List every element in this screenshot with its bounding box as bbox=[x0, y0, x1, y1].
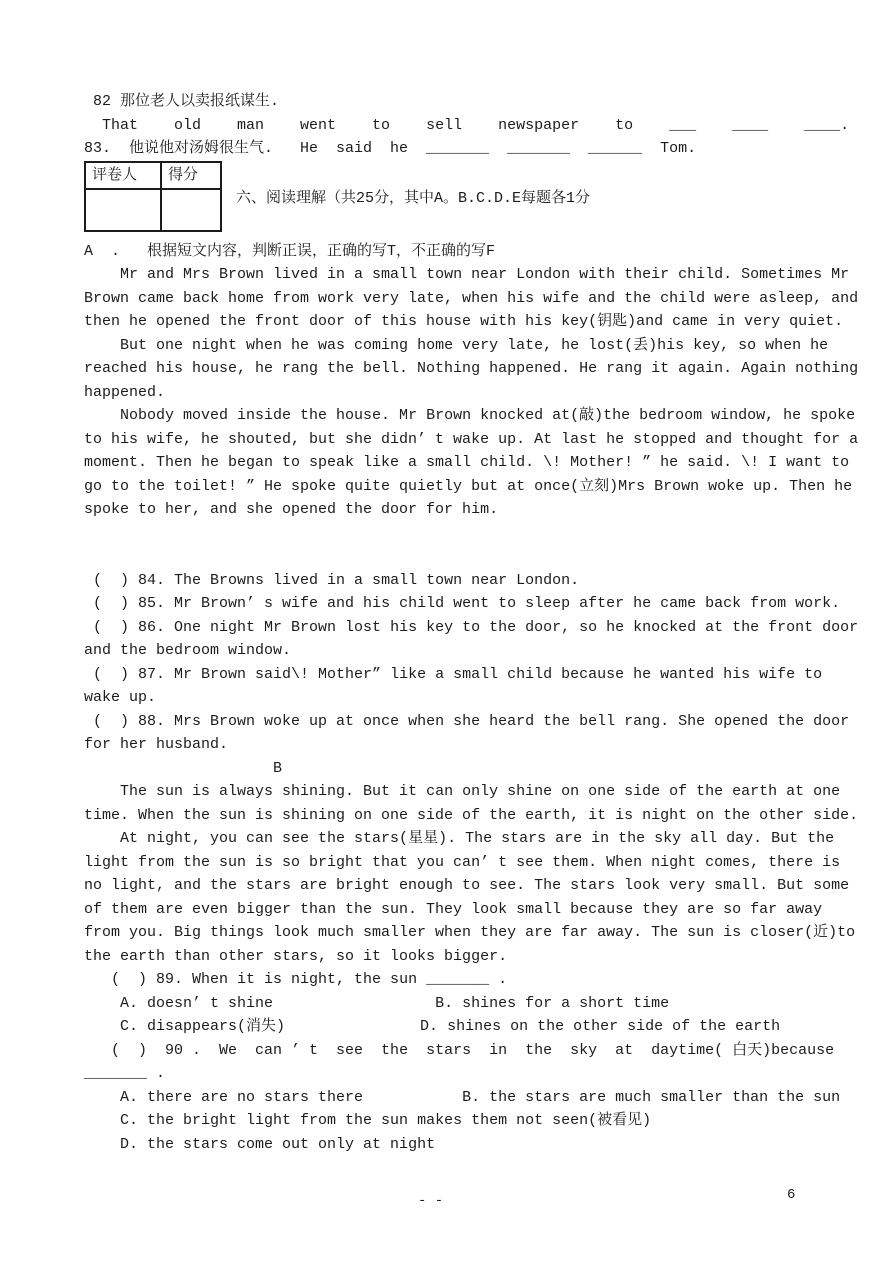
score-table-cell-score bbox=[161, 189, 221, 231]
passage-b-paragraph-2: At night, you can see the stars(星星). The… bbox=[84, 827, 860, 968]
question-90-option-d: D. the stars come out only at night bbox=[84, 1133, 860, 1157]
score-table: 评卷人 得分 bbox=[84, 161, 222, 232]
document-page: 82 那位老人以卖报纸谋生. That old man went to sell… bbox=[0, 0, 893, 1263]
score-table-header-score: 得分 bbox=[161, 162, 221, 189]
question-84: ( ) 84. The Browns lived in a small town… bbox=[84, 569, 860, 593]
score-table-row: 评卷人 得分 六、阅读理解（共25分，其中A。B.C.D.E每题各1分 bbox=[84, 161, 860, 232]
footer-dashes: - - bbox=[418, 1190, 443, 1214]
q82-chinese-line: 82 那位老人以卖报纸谋生. bbox=[84, 90, 860, 114]
passage-a-paragraph-1: Mr and Mrs Brown lived in a small town n… bbox=[84, 263, 860, 334]
page-content: 82 那位老人以卖报纸谋生. That old man went to sell… bbox=[84, 90, 860, 1156]
question-89-stem: ( ) 89. When it is night, the sun ______… bbox=[84, 968, 860, 992]
q82-english-blank-line: That old man went to sell newspaper to _… bbox=[84, 114, 860, 138]
passage-a-paragraph-3: Nobody moved inside the house. Mr Brown … bbox=[84, 404, 860, 522]
question-90-options-ab: A. there are no stars there B. the stars… bbox=[84, 1086, 860, 1110]
part-a-instruction: A . 根据短文内容，判断正误，正确的写T，不正确的写F bbox=[84, 240, 860, 264]
passage-a-paragraph-2: But one night when he was coming home ve… bbox=[84, 334, 860, 405]
question-89-options-cd: C. disappears(消失) D. shines on the other… bbox=[84, 1015, 860, 1039]
question-90-stem: ( ) 90 . We can ’ t see the stars in the… bbox=[84, 1039, 860, 1086]
part-b-label: B bbox=[84, 757, 860, 781]
question-85: ( ) 85. Mr Brown’ s wife and his child w… bbox=[84, 592, 860, 616]
score-table-cell-grader bbox=[85, 189, 161, 231]
question-90-option-c: C. the bright light from the sun makes t… bbox=[84, 1109, 860, 1133]
passage-b-paragraph-1: The sun is always shining. But it can on… bbox=[84, 780, 860, 827]
score-table-header-grader: 评卷人 bbox=[85, 162, 161, 189]
section-six-title: 六、阅读理解（共25分，其中A。B.C.D.E每题各1分 bbox=[236, 187, 590, 211]
question-87: ( ) 87. Mr Brown said\! Mother” like a s… bbox=[84, 663, 860, 710]
question-86: ( ) 86. One night Mr Brown lost his key … bbox=[84, 616, 860, 663]
question-89-options-ab: A. doesn’ t shine B. shines for a short … bbox=[84, 992, 860, 1016]
q83-line: 83. 他说他对汤姆很生气. He said he _______ ______… bbox=[84, 137, 860, 161]
page-number: 6 bbox=[787, 1184, 795, 1208]
question-88: ( ) 88. Mrs Brown woke up at once when s… bbox=[84, 710, 860, 757]
